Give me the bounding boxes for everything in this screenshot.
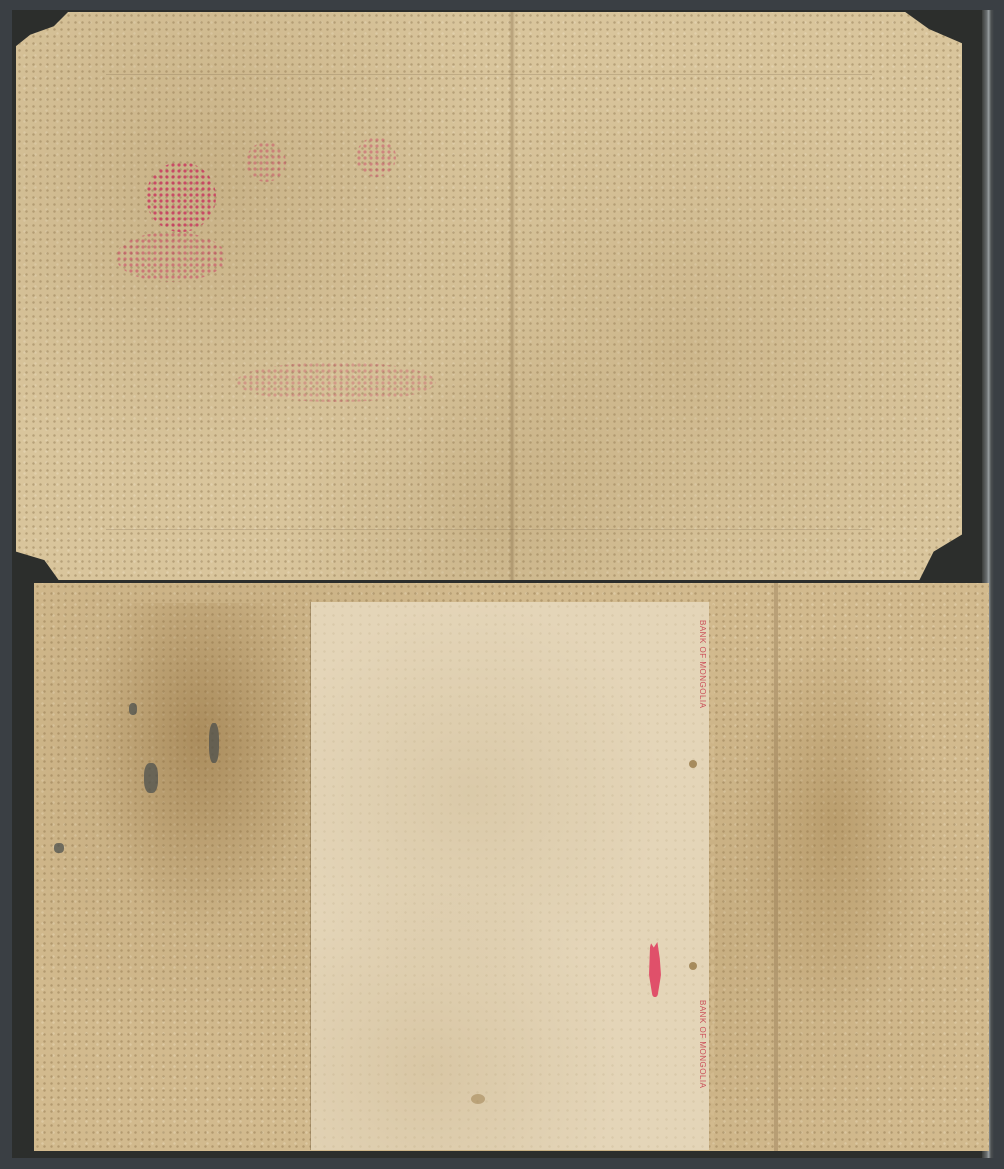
- ink-dot: [689, 962, 697, 970]
- banknote-top: [16, 12, 962, 580]
- ink-dot: [689, 760, 697, 768]
- magenta-ink-speckle: [236, 362, 436, 402]
- ink-dot: [471, 1094, 485, 1104]
- dark-spot: [144, 763, 158, 793]
- margin-text-top: BANK OF MONGOLIA: [698, 620, 707, 708]
- dark-spot: [209, 723, 219, 763]
- printed-frame-line-top: [106, 74, 872, 75]
- fold-line: [774, 583, 778, 1151]
- magenta-ink-speckle: [356, 137, 396, 177]
- brown-stain: [734, 623, 934, 1023]
- magenta-ink-speckle: [146, 162, 216, 232]
- stamp-strip: BANK OF MONGOLIA BANK OF MONGOLIA: [311, 602, 709, 1150]
- margin-text-bottom: BANK OF MONGOLIA: [698, 1000, 707, 1088]
- dark-spot: [54, 843, 64, 853]
- red-ink-mark: [649, 942, 661, 997]
- dark-spot: [129, 703, 137, 715]
- brown-stain: [84, 603, 314, 933]
- center-fold: [509, 12, 515, 580]
- magenta-ink-speckle: [116, 232, 226, 282]
- printed-frame-line-bottom: [106, 529, 872, 530]
- magenta-ink-speckle: [246, 142, 286, 182]
